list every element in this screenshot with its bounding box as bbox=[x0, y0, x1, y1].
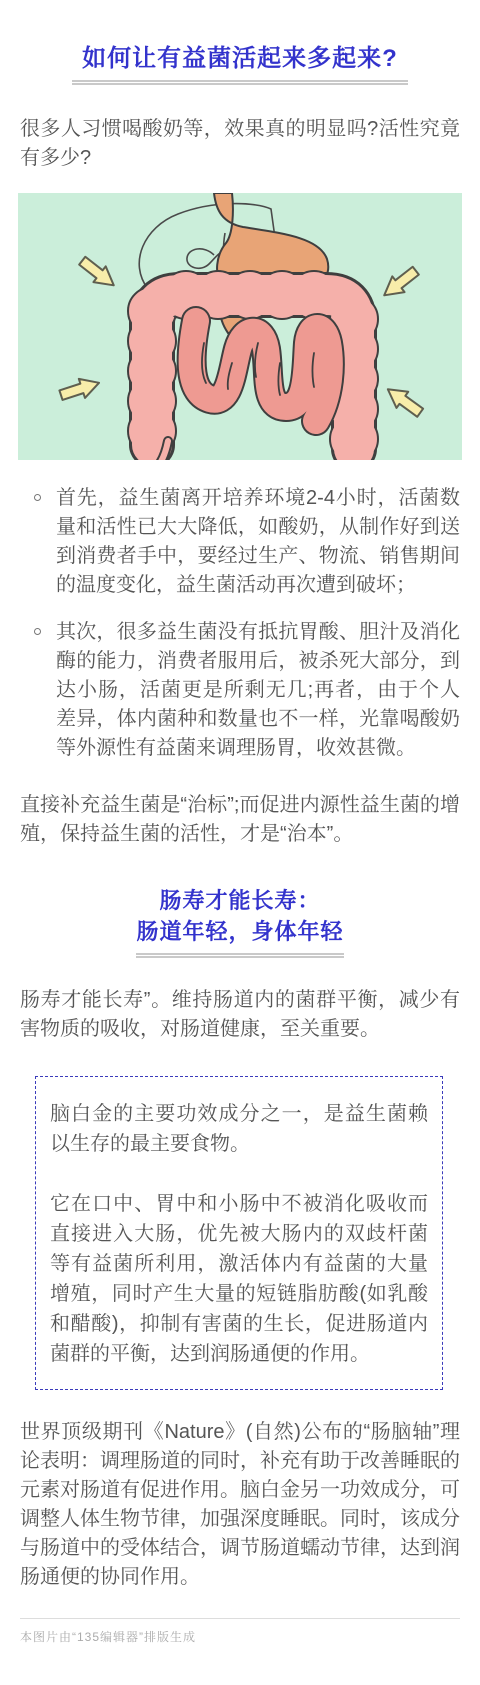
dotted-info-box: 脑白金的主要功效成分之一，是益生菌赖以生存的最主要食物。 它在口中、胃中和小肠中… bbox=[35, 1076, 443, 1390]
section-heading-line2: 肠道年轻，身体年轻 bbox=[136, 916, 343, 958]
page-title: 如何让有益菌活起来多起来? bbox=[72, 38, 408, 85]
article-page: 如何让有益菌活起来多起来? 很多人习惯喝酸奶等，效果真的明显吗?活性究竟有多少? bbox=[0, 0, 480, 1685]
bullet-list: 首先，益生菌离开培养环境2-4小时，活菌数量和活性已大大降低，如酸奶，从制作好到… bbox=[20, 484, 460, 763]
footer: 本图片由“135编辑器”排版生成 bbox=[20, 1618, 460, 1645]
bullet-circle-icon bbox=[34, 628, 41, 635]
footer-credit: 本图片由“135编辑器”排版生成 bbox=[20, 1628, 460, 1645]
info-box-paragraph-2: 它在口中、胃中和小肠中不被消化吸收而直接进入大肠，优先被大肠内的双歧杆菌等有益菌… bbox=[50, 1189, 428, 1369]
paragraph-treat-vs-root: 直接补充益生菌是“治标”;而促进内源性益生菌的增殖，保持益生菌的活性，才是“治本… bbox=[20, 791, 460, 849]
section-heading-line1: 肠寿才能长寿： bbox=[159, 888, 320, 913]
section-heading-longevity: 肠寿才能长寿： 肠道年轻，身体年轻 bbox=[0, 885, 480, 958]
bullet-text: 首先，益生菌离开培养环境2-4小时，活菌数量和活性已大大降低，如酸奶，从制作好到… bbox=[56, 487, 460, 596]
bullet-text: 其次，很多益生菌没有抵抗胃酸、胆汁及消化酶的能力，消费者服用后，被杀死大部分，到… bbox=[56, 621, 460, 759]
bullet-circle-icon bbox=[34, 494, 41, 501]
bullet-item: 首先，益生菌离开培养环境2-4小时，活菌数量和活性已大大降低，如酸奶，从制作好到… bbox=[20, 484, 460, 600]
paragraph-longevity: 肠寿才能长寿”。维持肠道内的菌群平衡，减少有害物质的吸收，对肠道健康，至关重要。 bbox=[20, 986, 460, 1044]
intro-paragraph: 很多人习惯喝酸奶等，效果真的明显吗?活性究竟有多少? bbox=[20, 115, 460, 173]
digestive-system-illustration bbox=[18, 193, 462, 460]
paragraph-nature-journal: 世界顶级期刊《Nature》(自然)公布的“肠脑轴”理论表明：调理肠道的同时，补… bbox=[20, 1418, 460, 1592]
bullet-item: 其次，很多益生菌没有抵抗胃酸、胆汁及消化酶的能力，消费者服用后，被杀死大部分，到… bbox=[20, 618, 460, 763]
digestive-system-drawing bbox=[18, 193, 462, 460]
info-box-paragraph-1: 脑白金的主要功效成分之一，是益生菌赖以生存的最主要食物。 bbox=[50, 1099, 428, 1159]
